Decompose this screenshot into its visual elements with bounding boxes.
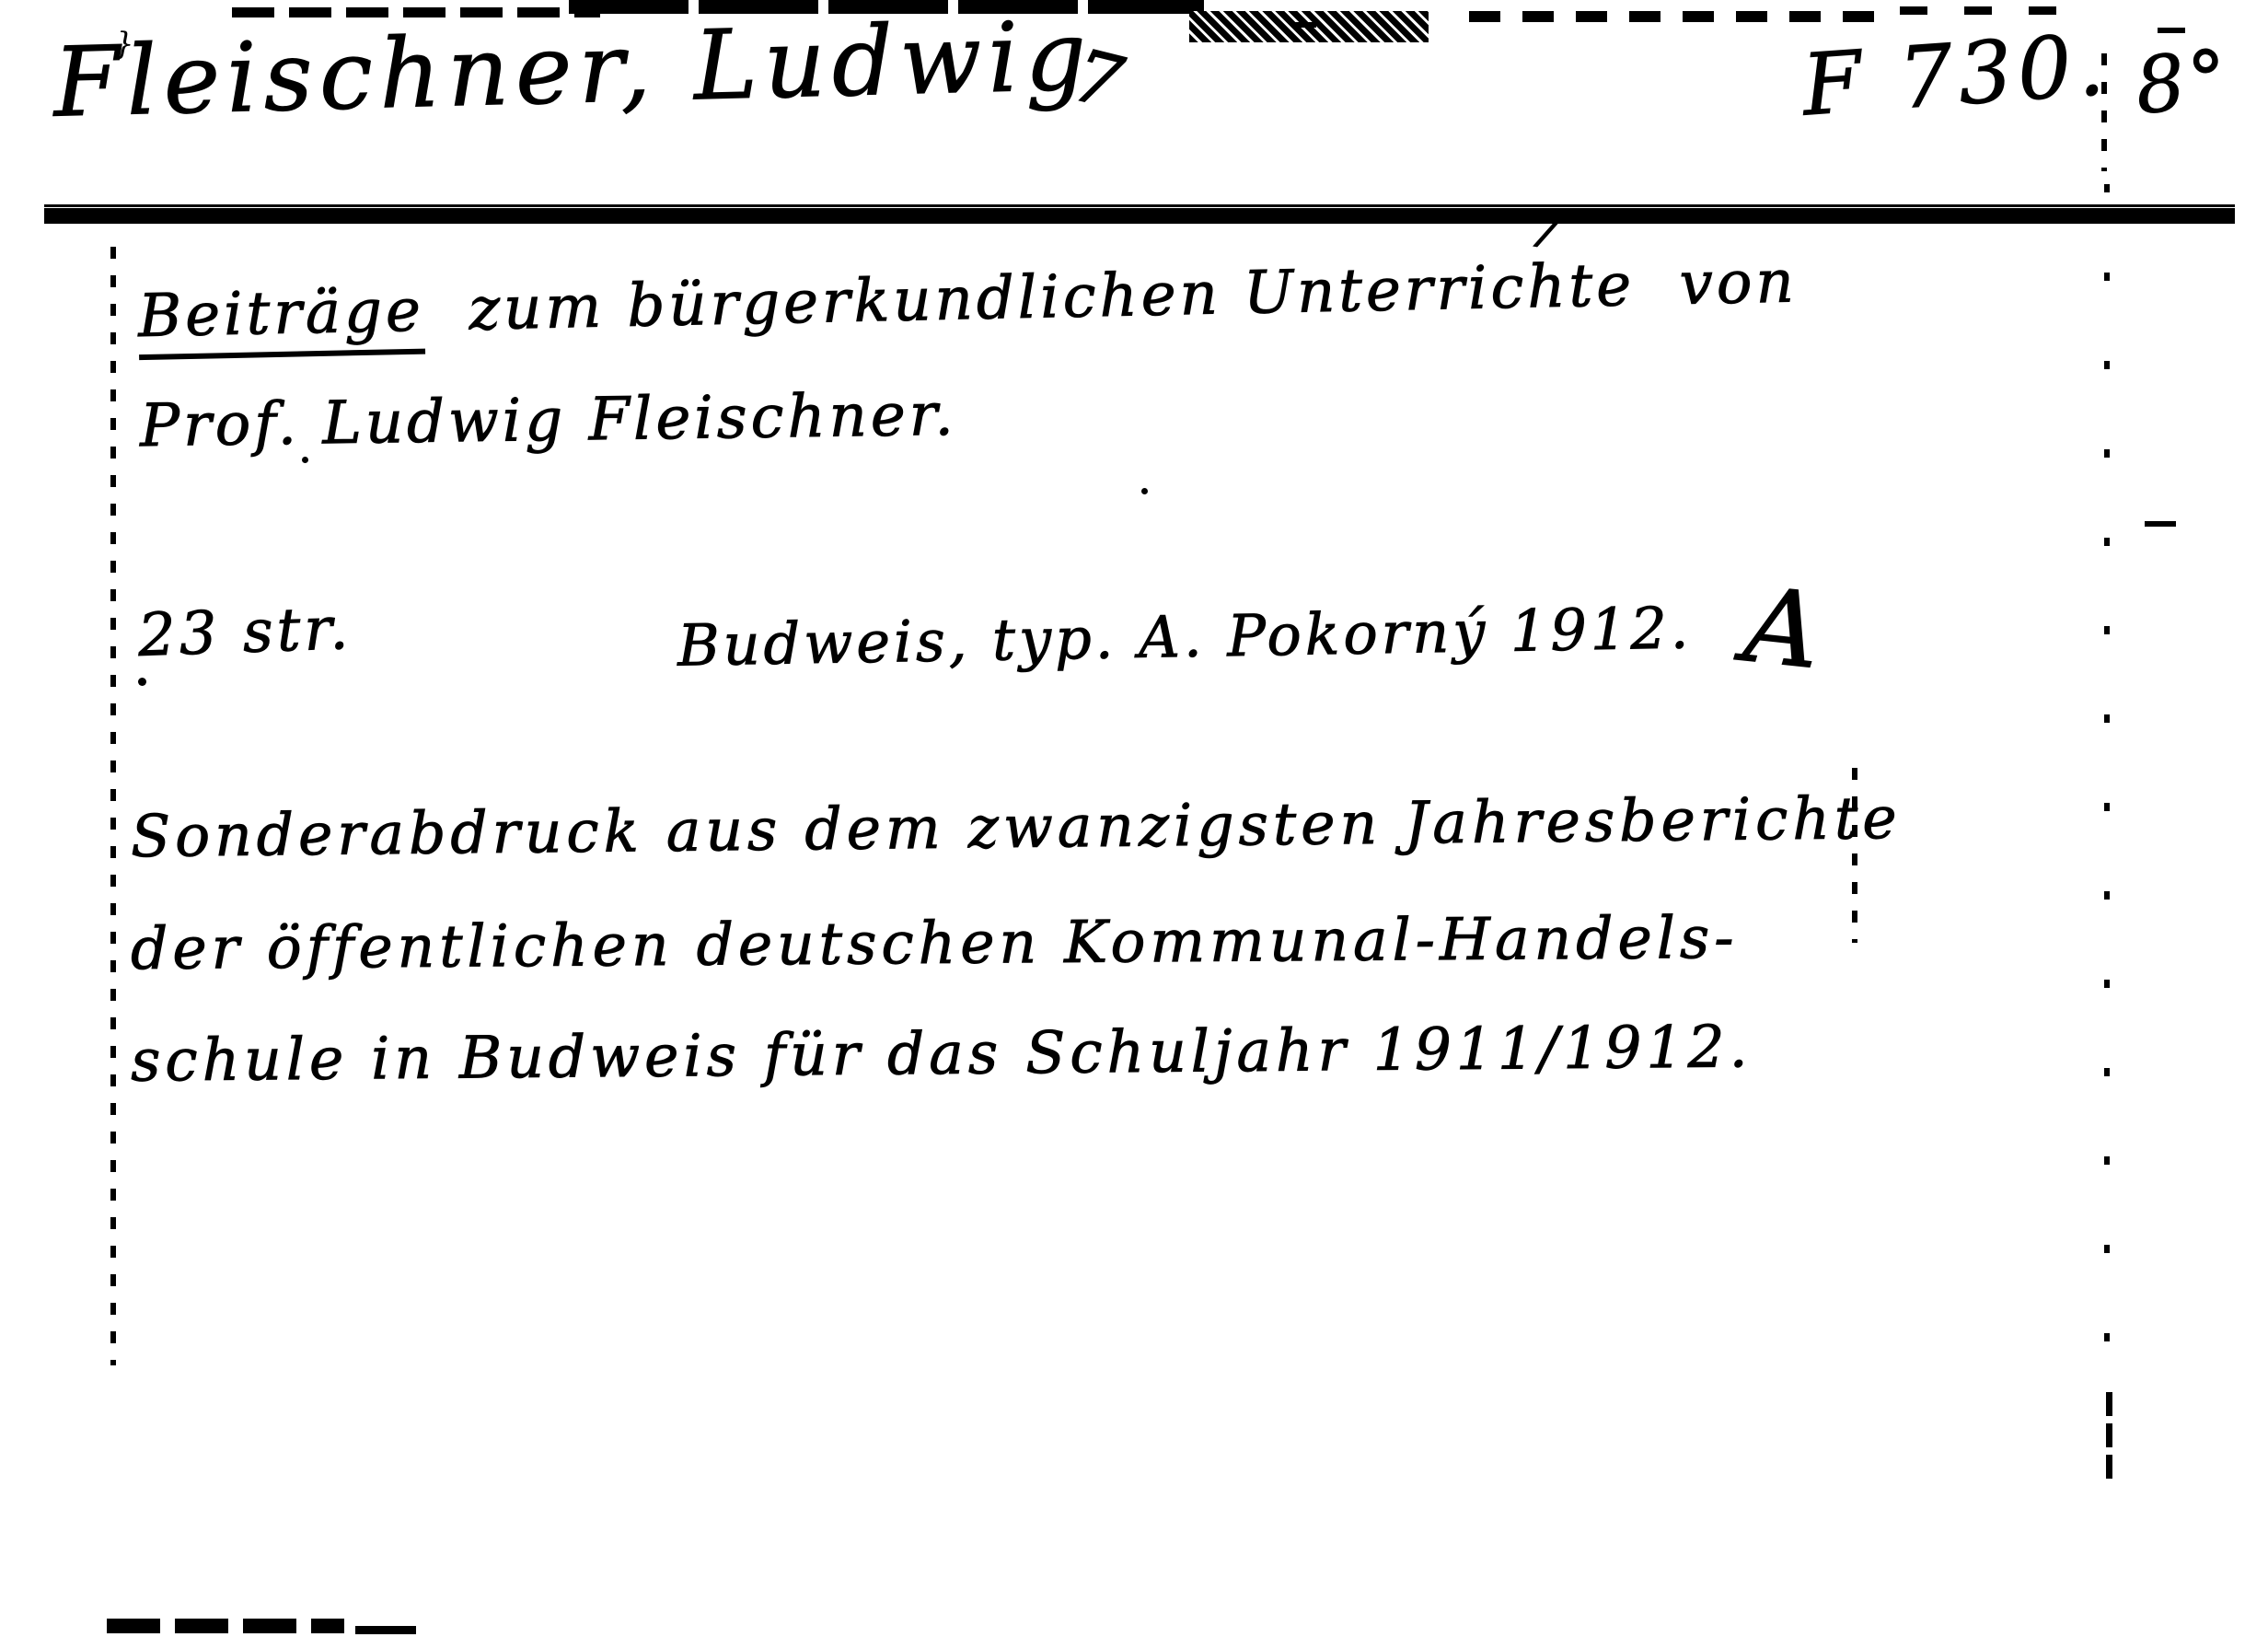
title-word-underlined: Beiträge — [137, 277, 424, 360]
extent-pages: 23 str. — [137, 595, 353, 670]
publication-statement: Budweis, typ. A. Pokorný 1912. — [677, 594, 1693, 679]
ink-speck — [138, 678, 146, 686]
header-rule — [44, 208, 2235, 224]
right-dotted-border — [2101, 53, 2107, 171]
title-line-1-end: von — [1679, 248, 1798, 319]
annotation-letter: A — [1739, 565, 1825, 692]
note-line-1: Sonderabdruck aus dem zwanzigsten Jahres… — [131, 784, 1902, 870]
call-number: F 730. — [1799, 15, 2113, 134]
heading-author-name: Fleischner, Ludwig — [52, 0, 1094, 139]
scan-noise-dash — [2145, 521, 2176, 527]
title-line-2: Prof. Ludwig Fleischner. — [140, 381, 958, 460]
scan-noise-bottom — [355, 1626, 416, 1634]
scan-noise-dash — [1292, 22, 1316, 28]
scan-noise-dash — [2158, 28, 2185, 33]
right-dotted-border — [2104, 184, 2110, 1372]
note-line-3: schule in Budweis für das Schuljahr 1911… — [131, 1013, 1753, 1094]
right-dotted-border — [2106, 1392, 2112, 1480]
left-dotted-border — [110, 247, 116, 1365]
title-line-1: Beiträge zum bürgerkundlichen Unterricht… — [137, 248, 1820, 351]
scan-noise-top — [1900, 6, 2075, 15]
book-format: 8° — [2131, 32, 2235, 132]
scan-noise-bottom — [107, 1619, 344, 1633]
note-line-2: der öffentlichen deutschen Kommunal-Hand… — [131, 904, 1739, 982]
header-rule-thin — [44, 204, 2235, 207]
catalog-card: } Fleischner, Ludwig 7 F 730. 8° Beiträg… — [0, 0, 2268, 1637]
ink-speck — [1141, 488, 1148, 494]
scan-noise-top — [1469, 11, 1883, 22]
title-line-1-rest: zum bürgerkundlichen Unterrichte — [469, 251, 1636, 344]
